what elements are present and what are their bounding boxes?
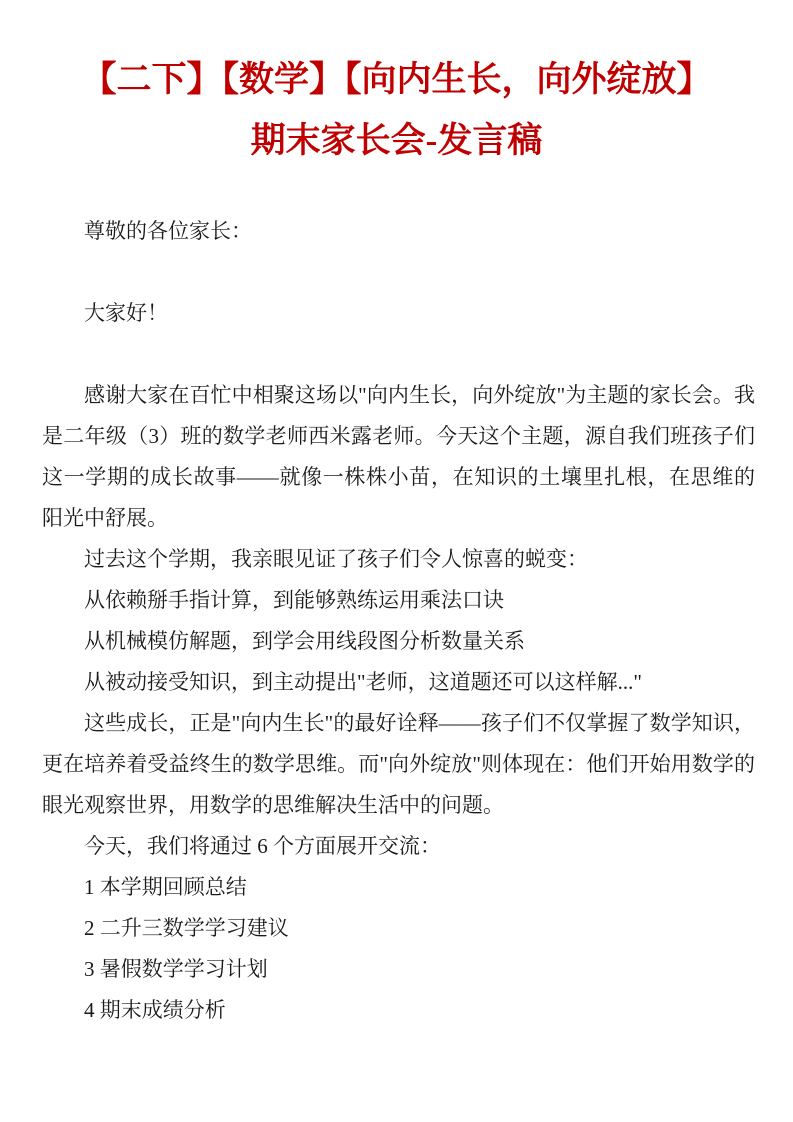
- paragraph-agenda-item-1: 1 本学期回顾总结: [42, 867, 755, 908]
- paragraph-agenda-item-3: 3 暑假数学学习计划: [42, 949, 755, 990]
- blank-line: [42, 252, 755, 293]
- title-line-2: 期末家长会-发言稿: [36, 110, 757, 171]
- paragraph-intro: 感谢大家在百忙中相聚这场以"向内生长，向外绽放"为主题的家长会。我是二年级（3）…: [42, 375, 755, 539]
- paragraph-change-item-1: 从依赖掰手指计算，到能够熟练运用乘法口诀: [42, 580, 755, 621]
- document-title: 【二下】【数学】【向内生长，向外绽放】 期末家长会-发言稿: [36, 49, 757, 171]
- paragraph-salutation: 尊敬的各位家长：: [42, 211, 755, 252]
- paragraph-greeting: 大家好！: [42, 293, 755, 334]
- paragraph-growth-summary: 这些成长，正是"向内生长"的最好诠释——孩子们不仅掌握了数学知识，更在培养着受益…: [42, 703, 755, 826]
- paragraph-change-item-2: 从机械模仿解题，到学会用线段图分析数量关系: [42, 621, 755, 662]
- paragraph-agenda-lead: 今天，我们将通过 6 个方面展开交流：: [42, 826, 755, 867]
- paragraph-change-item-3: 从被动接受知识，到主动提出"老师，这道题还可以这样解...": [42, 662, 755, 703]
- paragraph-semester-review-lead: 过去这个学期，我亲眼见证了孩子们令人惊喜的蜕变：: [42, 539, 755, 580]
- title-line-1: 【二下】【数学】【向内生长，向外绽放】: [36, 49, 757, 110]
- paragraph-agenda-item-4: 4 期末成绩分析: [42, 990, 755, 1031]
- document-body: 尊敬的各位家长： 大家好！ 感谢大家在百忙中相聚这场以"向内生长，向外绽放"为主…: [42, 211, 755, 1031]
- paragraph-agenda-item-2: 2 二升三数学学习建议: [42, 908, 755, 949]
- blank-line: [42, 334, 755, 375]
- document-page: 【二下】【数学】【向内生长，向外绽放】 期末家长会-发言稿 尊敬的各位家长： 大…: [0, 0, 793, 1122]
